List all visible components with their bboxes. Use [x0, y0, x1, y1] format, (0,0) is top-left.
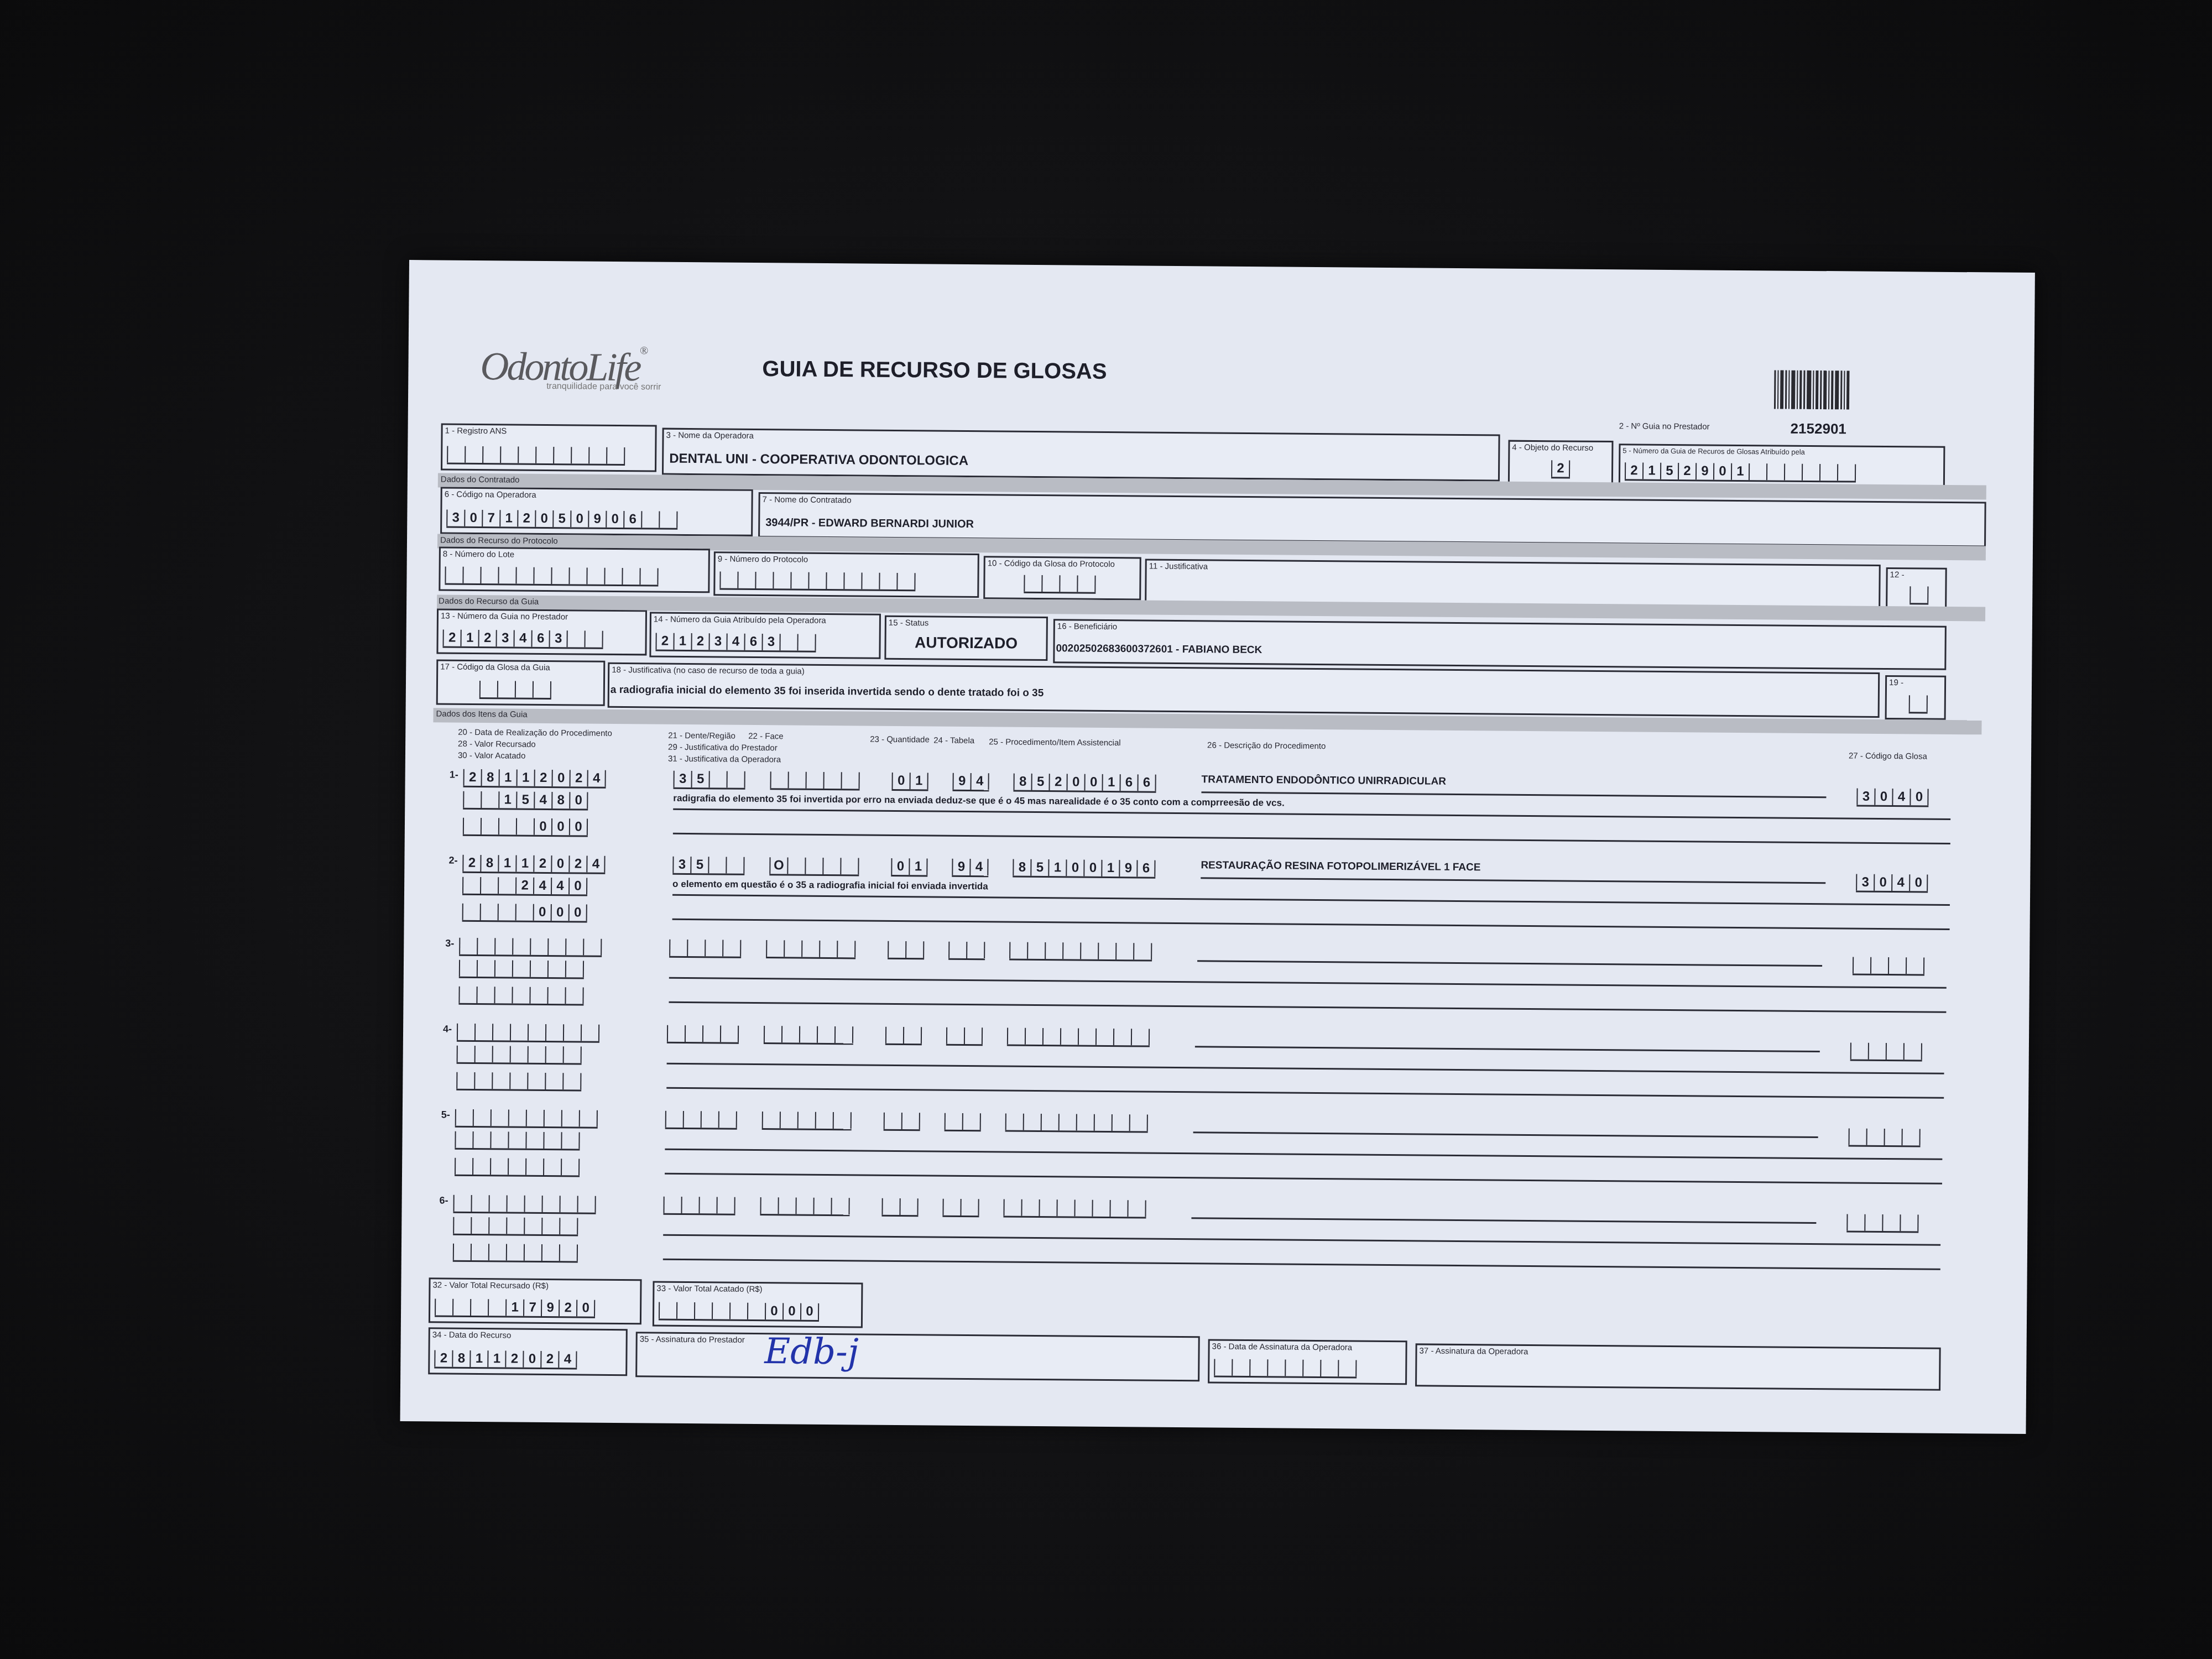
- col-header-data: 20 - Data de Realização do Procedimento: [458, 728, 612, 738]
- item-number: 1-: [450, 769, 458, 781]
- item-codigo-glosa-cells[interactable]: [1853, 957, 1924, 976]
- item-face-cells[interactable]: [770, 771, 859, 790]
- item-data-cells[interactable]: [453, 1195, 596, 1214]
- item-quantidade-cells[interactable]: [885, 1027, 922, 1046]
- item-justificativa-operadora-line: [663, 1259, 1940, 1270]
- item-data-cells[interactable]: [459, 938, 602, 957]
- item-procedimento-cells[interactable]: [1007, 1028, 1150, 1047]
- item-dente-cells[interactable]: [663, 1197, 735, 1215]
- item-tabela-cells[interactable]: [945, 1113, 981, 1132]
- data-assinatura-operadora-label: 36 - Data de Assinatura da Operadora: [1212, 1342, 1353, 1352]
- item-data-cells[interactable]: 28112024: [462, 855, 605, 874]
- objeto-recurso-label: 4 - Objeto do Recurso: [1512, 443, 1593, 453]
- nome-operadora-label: 3 - Nome da Operadora: [666, 431, 754, 441]
- item-valor-recursado-cells[interactable]: [457, 1046, 582, 1065]
- data-recurso-label: 34 - Data do Recurso: [432, 1330, 512, 1340]
- codigo-operadora-field[interactable]: 6 - Código na Operadora 30712050906: [440, 487, 753, 536]
- status-label: 15 - Status: [889, 618, 929, 628]
- campo-19-cells: [1909, 695, 1928, 713]
- objeto-recurso-cells: 2: [1551, 460, 1570, 478]
- numero-guia-prestador-label: 13 - Número da Guia no Prestador: [441, 611, 568, 622]
- item-descricao-line: [1195, 1046, 1820, 1052]
- item-codigo-glosa-cells[interactable]: [1846, 1214, 1918, 1233]
- item-descricao-line: [1201, 791, 1826, 798]
- item-descricao: TRATAMENTO ENDODÔNTICO UNIRRADICULAR: [1202, 774, 1446, 787]
- item-codigo-glosa-cells[interactable]: 3040: [1856, 789, 1928, 807]
- item-tabela-cells[interactable]: [942, 1199, 979, 1218]
- item-valor-acatado-cells[interactable]: [455, 1158, 580, 1177]
- item-justificativa-operadora-line: [669, 1001, 1946, 1013]
- numero-guia-prestador-field[interactable]: 13 - Número da Guia no Prestador 2123463: [436, 608, 647, 655]
- numero-protocolo-cells: [719, 571, 915, 591]
- codigo-glosa-protocolo-cells: [1024, 575, 1095, 594]
- data-assinatura-operadora-cells: [1214, 1359, 1357, 1378]
- beneficiario-field[interactable]: 16 - Beneficiário 00202502683600372601 -…: [1053, 619, 1947, 670]
- item-procedimento-cells[interactable]: [1003, 1199, 1146, 1218]
- registro-ans-field[interactable]: 1 - Registro ANS: [441, 423, 657, 472]
- form-sheet: OdontoLife® tranquilidade para você sorr…: [400, 260, 2035, 1434]
- valor-total-acatado-field[interactable]: 33 - Valor Total Acatado (R$) 000: [653, 1281, 863, 1328]
- item-face-cells[interactable]: [764, 1026, 853, 1045]
- col-header-valor-acatado: 30 - Valor Acatado: [458, 751, 525, 761]
- item-justificativa-operadora-line: [673, 833, 1950, 844]
- assinatura-prestador-field[interactable]: 35 - Assinatura do Prestador Edb-j: [635, 1332, 1200, 1381]
- col-header-justificativa-operadora: 31 - Justificativa da Operadora: [668, 754, 781, 765]
- col-header-tabela: 24 - Tabela: [933, 735, 974, 745]
- item-valor-acatado-cells[interactable]: 000: [462, 904, 587, 923]
- valor-total-acatado-cells: 000: [659, 1302, 819, 1322]
- beneficiario-value: 00202502683600372601 - FABIANO BECK: [1056, 643, 1262, 656]
- item-valor-acatado-cells[interactable]: [456, 1072, 581, 1092]
- campo-12-label: 12 -: [1890, 570, 1905, 580]
- table-row: 2-2811202435O01948510019630402440000REST…: [409, 260, 2035, 273]
- item-tabela-cells[interactable]: 94: [952, 773, 989, 792]
- item-dente-cells[interactable]: 35: [674, 771, 745, 790]
- codigo-glosa-guia-cells: [479, 681, 551, 700]
- item-quantidade-cells[interactable]: [888, 941, 924, 960]
- table-row: 1-2811202435019485200166304015480000TRAT…: [409, 260, 2035, 273]
- numero-guia-operadora-field[interactable]: 14 - Número da Guia Atribuído pela Opera…: [649, 612, 881, 659]
- item-number: 5-: [441, 1109, 450, 1121]
- section-contratado-label: Dados do Contratado: [441, 474, 520, 484]
- col-header-codigo-glosa: 27 - Código da Glosa: [1849, 751, 1927, 761]
- valor-total-acatado-label: 33 - Valor Total Acatado (R$): [656, 1284, 762, 1295]
- item-data-cells[interactable]: 28112024: [463, 769, 606, 789]
- item-codigo-glosa-cells[interactable]: [1848, 1128, 1920, 1147]
- item-dente-cells[interactable]: [669, 940, 741, 958]
- item-justificativa-prestador[interactable]: o elemento em questão é o 35 a radiograf…: [672, 879, 988, 892]
- item-tabela-cells[interactable]: [946, 1027, 983, 1046]
- item-procedimento-cells[interactable]: [1009, 942, 1152, 962]
- codigo-glosa-protocolo-label: 10 - Código da Glosa do Protocolo: [988, 559, 1115, 569]
- item-procedimento-cells[interactable]: 85100196: [1013, 859, 1155, 879]
- item-quantidade-cells[interactable]: 01: [891, 858, 927, 877]
- item-justificativa-prestador[interactable]: radigrafia do elemento 35 foi invertida …: [673, 793, 1284, 809]
- item-justificativa-operadora-line: [666, 1087, 1944, 1099]
- item-justificativa-prestador-line: [665, 1149, 1942, 1160]
- campo-19-label: 19 -: [1889, 678, 1903, 687]
- item-procedimento-cells[interactable]: [1005, 1114, 1148, 1133]
- item-data-cells[interactable]: [455, 1109, 598, 1129]
- numero-protocolo-label: 9 - Número do Protocolo: [718, 554, 808, 564]
- item-valor-recursado-cells[interactable]: [455, 1131, 580, 1151]
- item-data-cells[interactable]: [457, 1024, 599, 1043]
- item-dente-cells[interactable]: 35: [672, 857, 744, 875]
- objeto-recurso-field[interactable]: 4 - Objeto do Recurso 2: [1508, 440, 1614, 485]
- item-quantidade-cells[interactable]: [881, 1198, 918, 1217]
- item-justificativa-prestador-line: [669, 977, 1947, 989]
- item-valor-recursado-cells[interactable]: 15480: [463, 791, 588, 811]
- guia-prestador-value: 2152901: [1791, 420, 1846, 438]
- assinatura-prestador-label: 35 - Assinatura do Prestador: [640, 1334, 745, 1344]
- data-recurso-cells: 28112024: [434, 1350, 577, 1369]
- prestador-signature: Edb-j: [764, 1331, 859, 1373]
- nome-contratado-value: 3944/PR - EDWARD BERNARDI JUNIOR: [765, 517, 974, 531]
- numero-guia-operadora-label: 14 - Número da Guia Atribuído pela Opera…: [654, 614, 826, 625]
- section-itens-label: Dados dos Itens da Guia: [436, 709, 527, 719]
- campo-19-field[interactable]: 19 -: [1885, 675, 1947, 720]
- valor-total-recursado-label: 32 - Valor Total Recursado (R$): [432, 1280, 549, 1291]
- item-face-cells[interactable]: [766, 940, 855, 959]
- nome-operadora-field[interactable]: 3 - Nome da Operadora DENTAL UNI - COOPE…: [662, 428, 1500, 482]
- item-justificativa-prestador-line: [663, 1234, 1940, 1246]
- item-face-cells[interactable]: [762, 1112, 852, 1130]
- data-recurso-field[interactable]: 34 - Data do Recurso 28112024: [428, 1327, 628, 1376]
- item-valor-acatado-cells[interactable]: 000: [463, 818, 588, 837]
- assinatura-operadora-field[interactable]: 37 - Assinatura da Operadora: [1415, 1343, 1941, 1390]
- item-descricao-line: [1201, 877, 1825, 884]
- item-codigo-glosa-cells[interactable]: [1850, 1043, 1922, 1062]
- item-valor-acatado-cells[interactable]: [453, 1244, 578, 1263]
- numero-guia-recurso-cells: 2152901: [1625, 462, 1856, 482]
- nome-operadora-value: DENTAL UNI - COOPERATIVA ODONTOLOGICA: [669, 451, 968, 469]
- numero-lote-label: 8 - Número do Lote: [443, 549, 514, 559]
- item-procedimento-cells[interactable]: 85200166: [1013, 774, 1156, 793]
- item-face-cells[interactable]: O: [769, 857, 859, 876]
- justificativa-protocolo-label: 11 - Justificativa: [1149, 562, 1208, 572]
- col-header-descricao: 26 - Descrição do Procedimento: [1207, 740, 1326, 751]
- table-row: 3-: [409, 260, 2035, 273]
- item-descricao-line: [1197, 960, 1822, 967]
- status-field[interactable]: 15 - Status AUTORIZADO: [884, 615, 1048, 661]
- col-header-quantidade: 23 - Quantidade: [870, 735, 930, 745]
- table-row: 4-: [409, 260, 2035, 273]
- item-tabela-cells[interactable]: 94: [952, 859, 988, 878]
- codigo-operadora-cells: 30712050906: [446, 510, 677, 530]
- item-dente-cells[interactable]: [667, 1025, 739, 1044]
- item-valor-acatado-cells[interactable]: [458, 987, 583, 1006]
- item-justificativa-operadora-line: [665, 1173, 1942, 1185]
- col-header-face: 22 - Face: [748, 732, 784, 741]
- valor-total-recursado-field[interactable]: 32 - Valor Total Recursado (R$) 17920: [429, 1277, 642, 1324]
- section-protocolo-label: Dados do Recurso do Protocolo: [440, 535, 558, 546]
- logo-tagline: tranquilidade para você sorrir: [546, 382, 661, 393]
- codigo-operadora-label: 6 - Código na Operadora: [445, 490, 536, 500]
- numero-lote-field[interactable]: 8 - Número do Lote: [439, 546, 710, 593]
- table-row: 5-: [409, 260, 2035, 273]
- item-valor-recursado-cells[interactable]: [453, 1217, 578, 1237]
- col-header-dente: 21 - Dente/Região: [668, 731, 735, 741]
- campo-12-field[interactable]: 12 -: [1886, 567, 1947, 611]
- item-tabela-cells[interactable]: [948, 942, 985, 961]
- numero-guia-recurso-label: 5 - Número da Guia de Recuros de Glosas …: [1623, 446, 1805, 456]
- table-row: 6-: [409, 260, 2035, 273]
- item-codigo-glosa-cells[interactable]: 3040: [1856, 874, 1928, 893]
- justificativa-guia-field[interactable]: 18 - Justificativa (no caso de recurso d…: [608, 662, 1880, 718]
- justificativa-guia-label: 18 - Justificativa (no caso de recurso d…: [612, 665, 805, 676]
- status-value: AUTORIZADO: [886, 634, 1046, 653]
- item-number: 3-: [445, 938, 454, 950]
- registro-ans-label: 1 - Registro ANS: [445, 426, 507, 436]
- barcode-icon: [1774, 370, 1907, 410]
- codigo-glosa-guia-label: 17 - Código da Glosa da Guia: [440, 662, 550, 672]
- nome-contratado-label: 7 - Nome do Contratado: [763, 495, 852, 505]
- form-title: GUIA DE RECURSO DE GLOSAS: [762, 357, 1107, 384]
- codigo-glosa-protocolo-field[interactable]: 10 - Código da Glosa do Protocolo: [983, 556, 1141, 600]
- campo-12-cells: [1910, 586, 1928, 604]
- item-justificativa-prestador-line: [673, 808, 1950, 820]
- section-guia-label: Dados do Recurso da Guia: [439, 596, 539, 606]
- item-number: 2-: [448, 855, 457, 867]
- registro-ans-cells: [447, 446, 625, 466]
- col-header-valor-recursado: 28 - Valor Recursado: [458, 739, 536, 749]
- beneficiario-label: 16 - Beneficiário: [1057, 622, 1118, 632]
- numero-guia-operadora-cells: 2123463: [655, 633, 816, 653]
- data-assinatura-operadora-field[interactable]: 36 - Data de Assinatura da Operadora: [1208, 1339, 1407, 1385]
- numero-guia-prestador-cells: 2123463: [442, 629, 603, 649]
- item-valor-recursado-cells[interactable]: 2440: [462, 877, 587, 896]
- item-face-cells[interactable]: [760, 1197, 849, 1216]
- guia-prestador-label: 2 - Nº Guia no Prestador: [1619, 421, 1710, 431]
- valor-total-recursado-cells: 17920: [435, 1298, 595, 1318]
- item-number: 6-: [440, 1194, 448, 1206]
- numero-lote-cells: [445, 567, 658, 587]
- col-header-procedimento: 25 - Procedimento/Item Assistencial: [989, 737, 1121, 748]
- item-descricao-line: [1193, 1131, 1818, 1138]
- item-valor-recursado-cells[interactable]: [459, 960, 584, 979]
- item-justificativa-operadora-line: [672, 919, 1950, 930]
- item-descricao: RESTAURAÇÃO RESINA FOTOPOLIMERIZÁVEL 1 F…: [1201, 859, 1480, 874]
- item-quantidade-cells[interactable]: [884, 1113, 920, 1131]
- col-header-justificativa-prestador: 29 - Justificativa do Prestador: [668, 743, 778, 753]
- numero-protocolo-field[interactable]: 9 - Número do Protocolo: [713, 551, 979, 598]
- item-number: 4-: [443, 1024, 452, 1035]
- item-justificativa-prestador-line: [672, 894, 1950, 906]
- item-justificativa-prestador-line: [667, 1063, 1944, 1074]
- item-dente-cells[interactable]: [665, 1111, 737, 1130]
- codigo-glosa-guia-field[interactable]: 17 - Código da Glosa da Guia: [436, 659, 606, 706]
- assinatura-operadora-label: 37 - Assinatura da Operadora: [1419, 1346, 1528, 1357]
- item-quantidade-cells[interactable]: 01: [891, 773, 928, 791]
- item-descricao-line: [1191, 1217, 1816, 1224]
- justificativa-guia-value: a radiografia inicial do elemento 35 foi…: [611, 684, 1044, 700]
